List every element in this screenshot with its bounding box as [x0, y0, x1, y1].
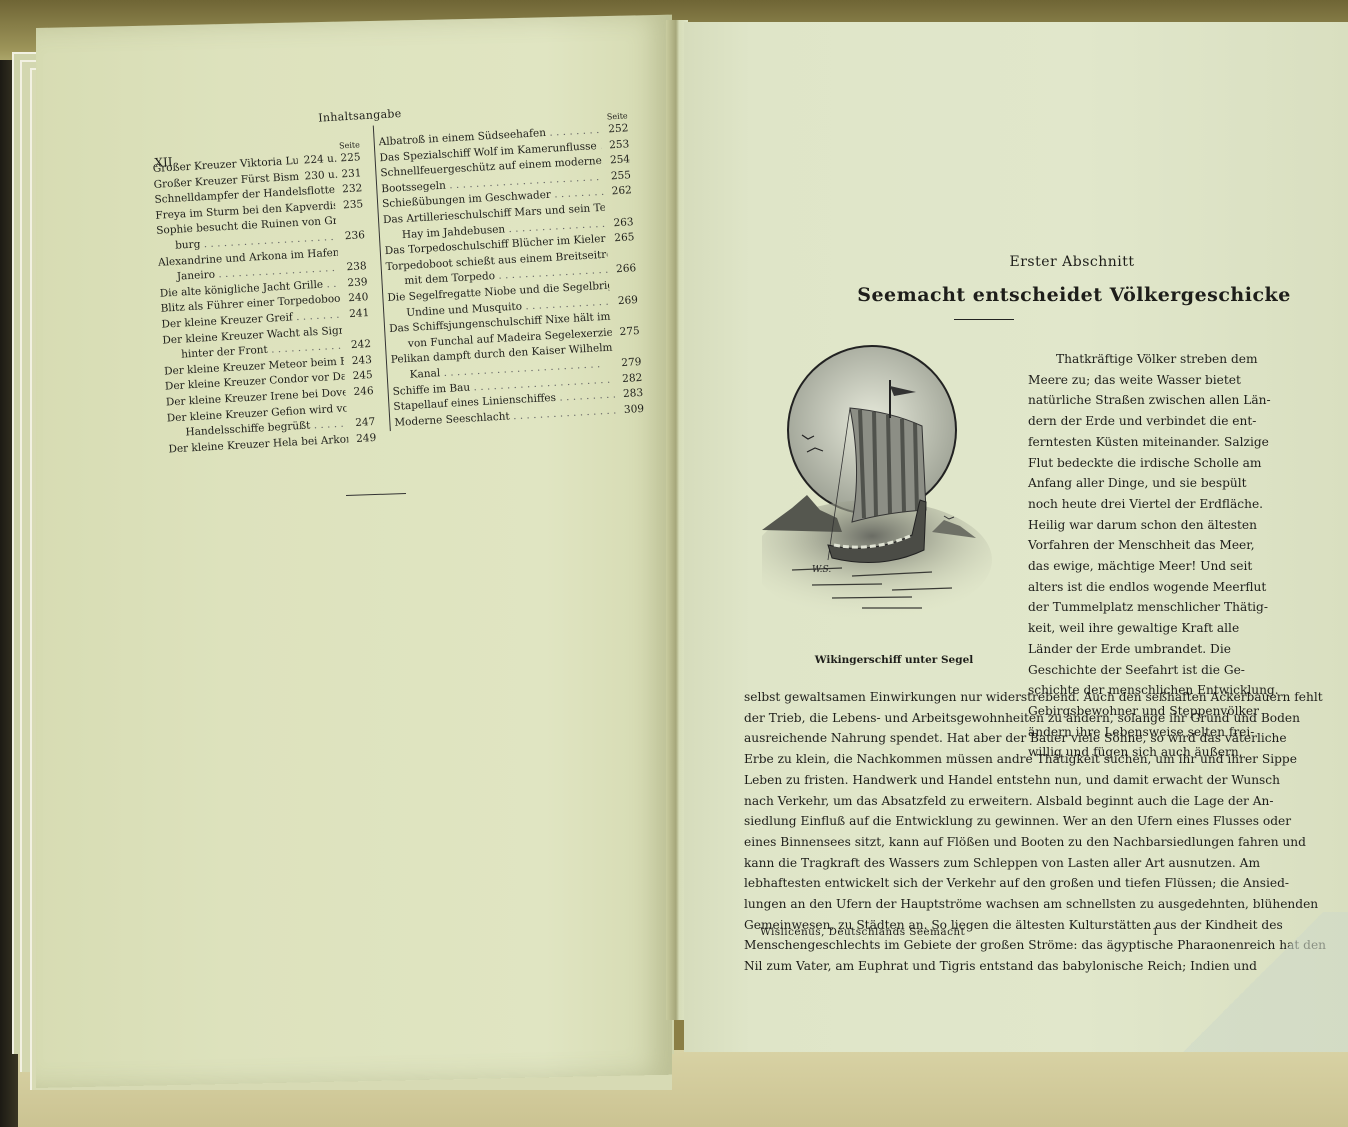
text-line: nach Verkehr, um das Absatzfeld zu erwei… — [744, 791, 1214, 812]
toc-entry-page — [609, 287, 637, 289]
text-line: Geschichte der Seefahrt ist die Ge- — [1028, 660, 1218, 681]
text-line: Menschengeschlechts im Gebiete der große… — [744, 935, 1214, 956]
text-line: alters ist die endlos wogende Meerflut — [1028, 577, 1218, 598]
toc-entry-page: 309 — [616, 402, 645, 419]
viking-ship-illustration: W.S. — [762, 340, 1022, 640]
toc-entry-page: 249 — [348, 431, 377, 448]
toc-column-right: Seite Albatroß in einem Südseehafen252Da… — [373, 111, 645, 431]
artist-signature: W.S. — [812, 565, 831, 575]
text-line: ferntesten Küsten miteinander. Salzige — [1028, 432, 1218, 453]
text-line: ausreichende Nahrung spendet. Hat aber d… — [744, 728, 1214, 749]
toc-entry-page: 245 — [344, 368, 373, 385]
page-number: 1 — [1152, 926, 1159, 938]
toc-entry-page: 242 — [343, 337, 372, 354]
toc-entry-page: 240 — [340, 290, 369, 307]
toc-entry-page: 275 — [611, 324, 640, 341]
text-line: eines Binnensees sitzt, kann auf Flößen … — [744, 832, 1214, 853]
title-rule — [954, 319, 1014, 320]
text-line: Nil zum Vater, am Euphrat und Tigris ent… — [744, 956, 1214, 977]
page-footer: Wislicenus, Deutschlands Seemacht — [760, 926, 1160, 938]
text-line: Meere zu; das weite Wasser bietet — [1028, 370, 1218, 391]
text-line: Thatkräftige Völker streben dem — [1028, 349, 1218, 370]
toc-entry-page: 241 — [341, 306, 370, 323]
toc-entry-page: 253 — [601, 137, 630, 154]
text-line: der Trieb, die Lebens- und Arbeitsgewohn… — [744, 708, 1214, 729]
text-line: selbst gewaltsamen Einwirkungen nur wide… — [744, 687, 1214, 708]
toc-list-left: Großer Kreuzer Viktoria Luise224 u. 225G… — [152, 150, 376, 457]
toc-entry-page: 262 — [603, 184, 632, 201]
viking-ship-icon: W.S. — [762, 340, 1022, 640]
toc-entry-page: 238 — [338, 259, 367, 276]
toc-entry-page: 246 — [345, 384, 374, 401]
toc-entry-page — [347, 409, 375, 411]
text-line: noch heute drei Viertel der Erdfläche. — [1028, 494, 1218, 515]
text-line: dern der Erde und verbindet die ent- — [1028, 411, 1218, 432]
toc-entry-page: 236 — [337, 228, 366, 245]
chapter-title: Seemacht entscheidet Völkergeschicke — [824, 284, 1324, 306]
toc-entry-page — [607, 256, 635, 258]
section-label: Erster Abschnitt — [932, 254, 1212, 270]
toc-entry-page — [342, 332, 370, 334]
text-line: Flut bedeckte die irdische Scholle am — [1028, 453, 1218, 474]
text-line: Vorfahren der Menschheit das Meer, — [1028, 535, 1218, 556]
text-line: lungen an den Ufern der Hauptströme wach… — [744, 894, 1214, 915]
toc-entry-page — [605, 209, 633, 211]
toc-entry-page: 232 — [334, 181, 363, 198]
toc-entry-page — [611, 318, 639, 320]
text-line: das ewige, mächtige Meer! Und seit — [1028, 556, 1218, 577]
text-line: lebhaftesten entwickelt sich der Verkehr… — [744, 873, 1214, 894]
toc-entry-page: 265 — [606, 230, 635, 247]
text-line: Anfang aller Dinge, und sie bespült — [1028, 473, 1218, 494]
toc-entry-page: 247 — [347, 415, 376, 432]
text-line: Länder der Erde umbrandet. Die — [1028, 639, 1218, 660]
toc-entry-page: 235 — [335, 197, 364, 214]
toc-entry-page — [613, 349, 641, 351]
toc-entry-page: 282 — [614, 370, 643, 387]
toc-entry-page: 255 — [603, 168, 632, 185]
text-line: keit, weil ihre gewaltige Kraft alle — [1028, 618, 1218, 639]
toc-entry-page: 243 — [343, 353, 372, 370]
toc-entry-page: 269 — [610, 293, 639, 310]
text-line: siedlung Einfluß auf die Entwicklung zu … — [744, 811, 1214, 832]
text-line: Erbe zu klein, die Nachkommen müssen and… — [744, 749, 1214, 770]
toc-entry-page: 252 — [600, 121, 629, 138]
right-page: Erster Abschnitt Seemacht entscheidet Vö… — [684, 22, 1348, 1052]
toc-entry-page: 263 — [605, 215, 634, 232]
toc-entry-page: 279 — [613, 355, 642, 372]
text-line: natürliche Straßen zwischen allen Län- — [1028, 390, 1218, 411]
toc-entry-page: 266 — [608, 261, 637, 278]
toc-entry-page — [338, 254, 366, 256]
toc-entry-page: 283 — [615, 386, 644, 403]
text-line: der Tummelplatz menschlicher Thätig- — [1028, 597, 1218, 618]
toc-entry-page: 254 — [602, 152, 631, 169]
text-line: Leben zu fristen. Handwerk und Handel en… — [744, 770, 1214, 791]
text-line: kann die Tragkraft des Wassers zum Schle… — [744, 853, 1214, 874]
text-line: Heilig war darum schon den ältesten — [1028, 515, 1218, 536]
toc-column-left: Seite Großer Kreuzer Viktoria Luise224 u… — [152, 140, 377, 457]
toc-list-right: Albatroß in einem Südseehafen252Das Spez… — [378, 121, 644, 431]
figure-caption: Wikingerschiff unter Segel — [784, 654, 1004, 666]
toc-entry-page: 239 — [339, 275, 368, 292]
toc-entry-page — [336, 223, 364, 225]
